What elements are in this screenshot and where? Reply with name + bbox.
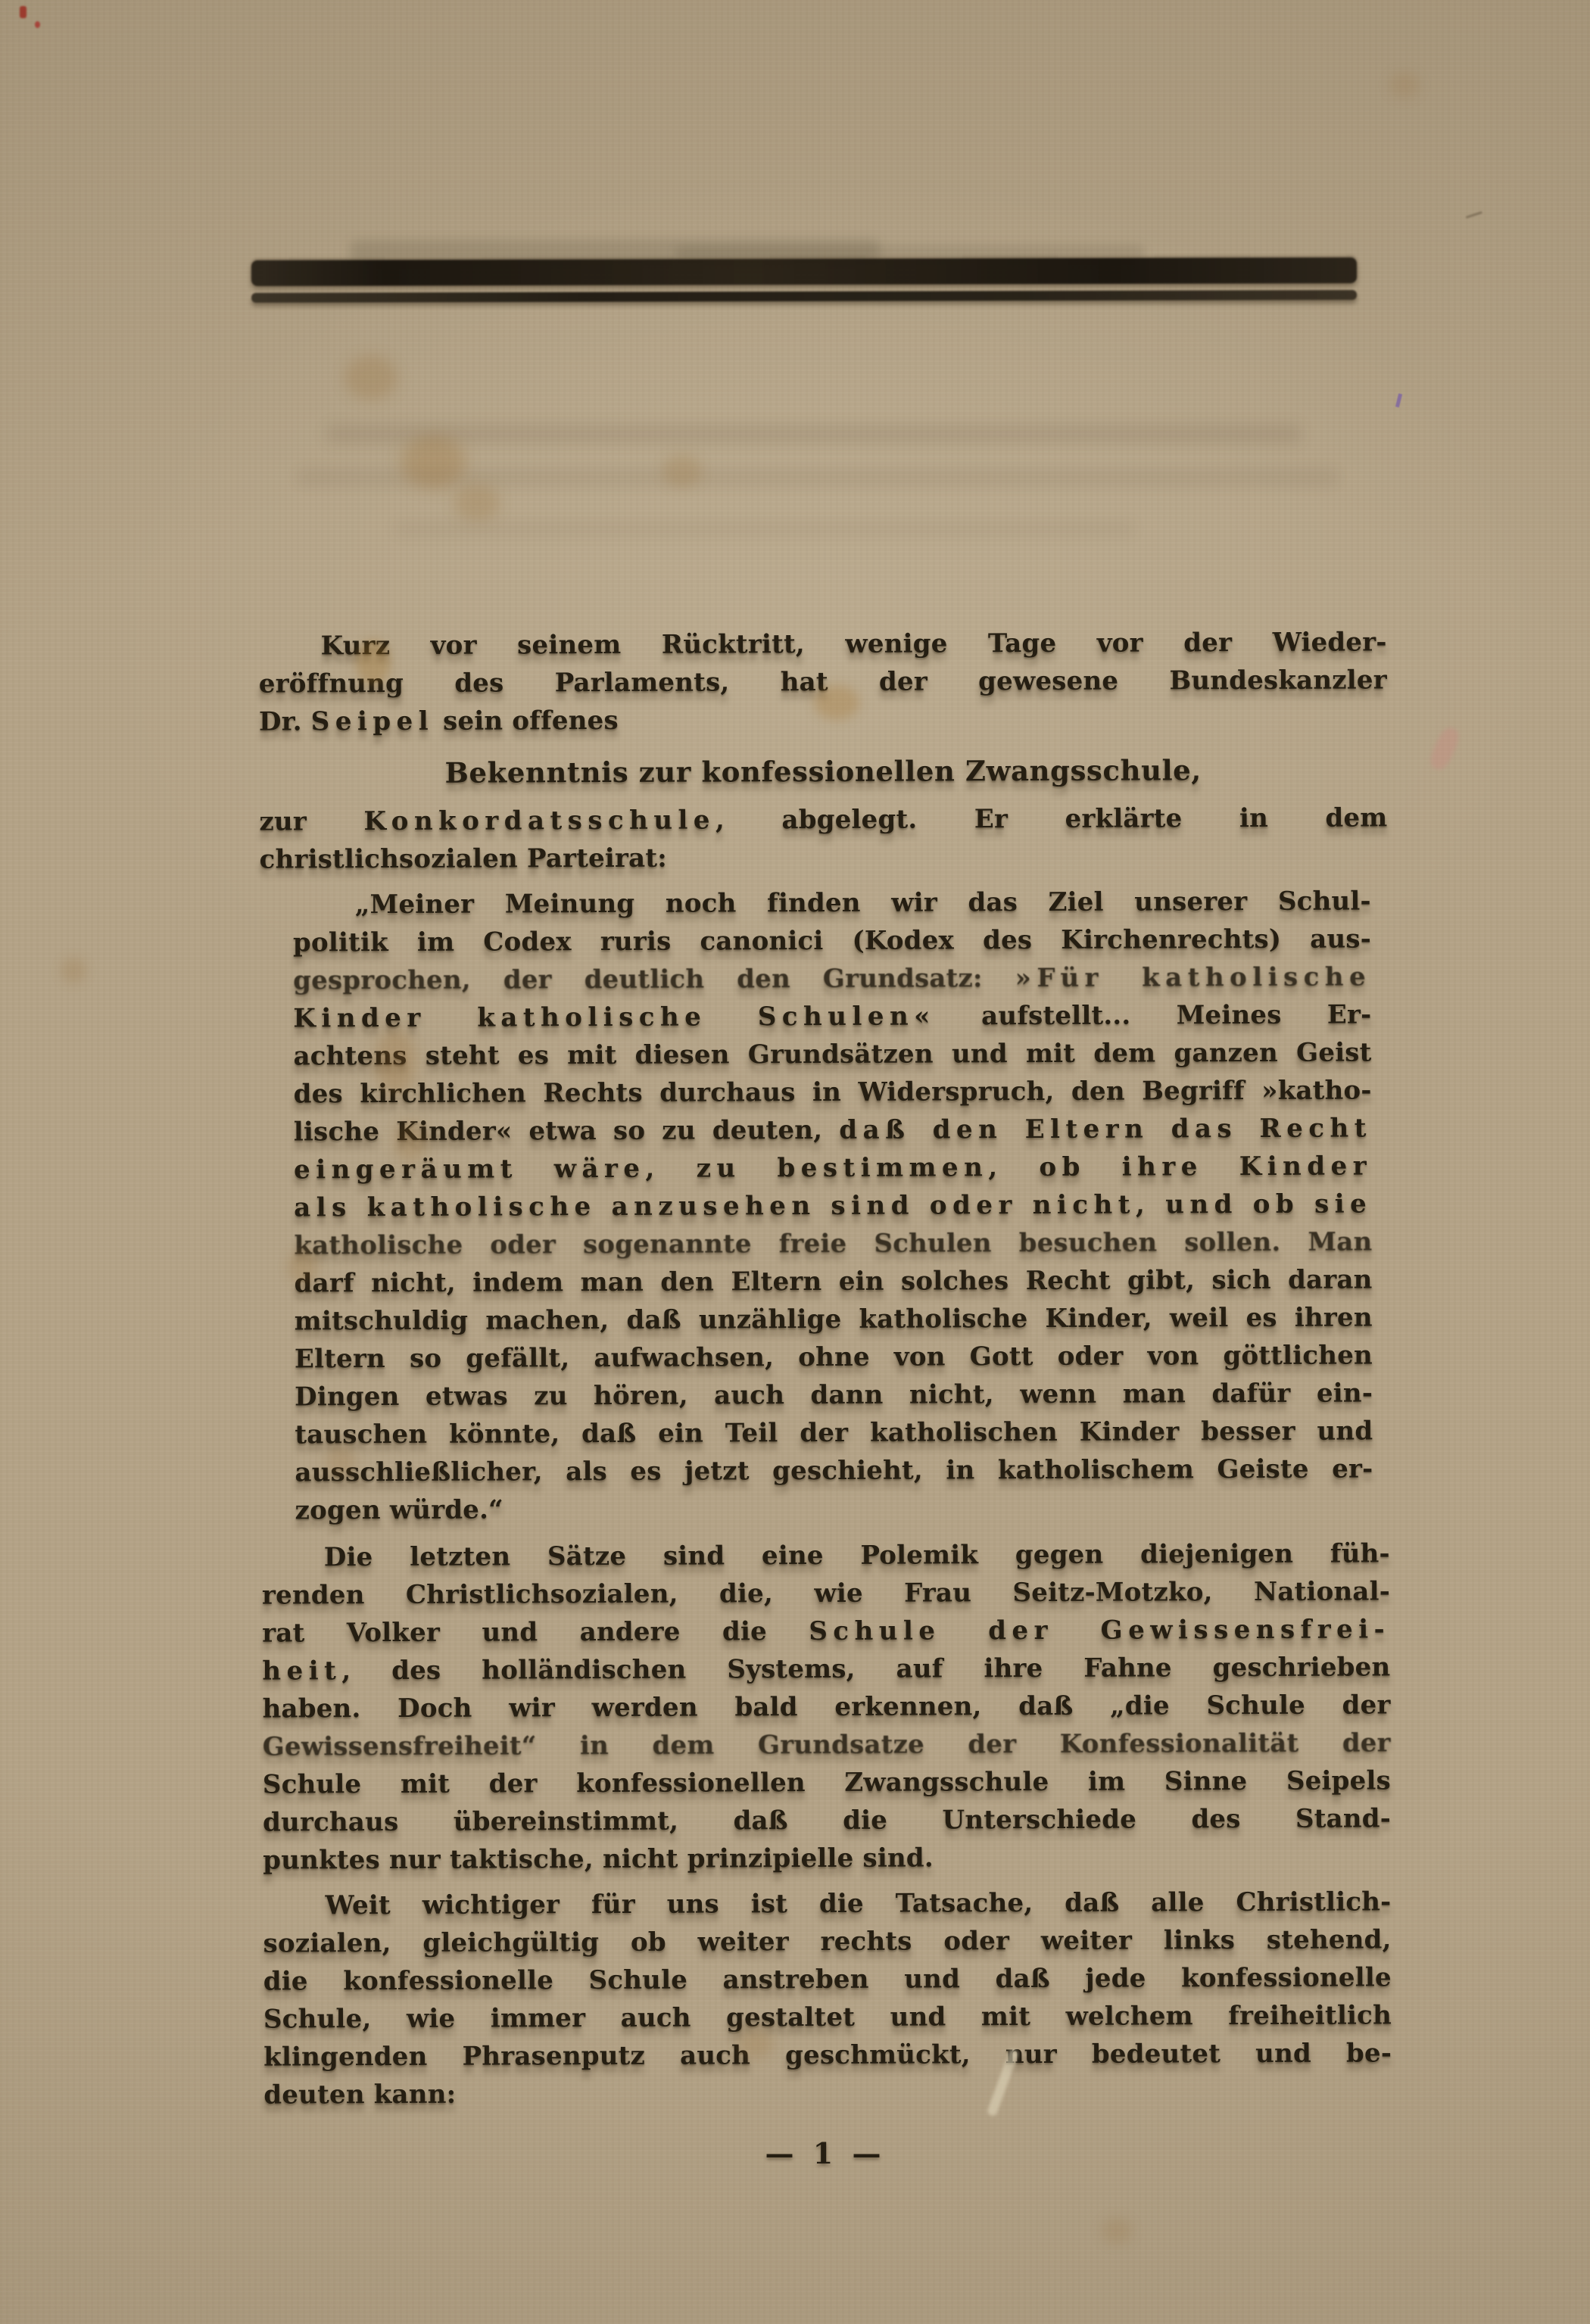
text-line: rat Volker und andere die Schule der Gew… [262, 1610, 1390, 1652]
emphasized-spaced-text: Konkordatsschule [363, 805, 715, 837]
text-line: des kirchlichen Rechts durchaus in Wider… [294, 1071, 1372, 1113]
ink-ghost [326, 424, 1302, 444]
scanned-page: Kurz vor seinem Rücktritt, wenige Tage v… [0, 0, 1590, 2324]
emphasized-spaced-text: Kinder katholische Schulen« [293, 1001, 936, 1033]
text-line: klingenden Phrasenputz auch geschmückt, … [263, 2034, 1392, 2076]
text-line: darf nicht, indem man den Eltern ein sol… [294, 1260, 1372, 1302]
text-line: mitschuldig machen, daß unzählige kathol… [295, 1298, 1373, 1340]
text-line: tauschen könnte, daß ein Teil der kathol… [295, 1412, 1373, 1453]
text-line: Schule mit der konfessionellen Zwangssch… [263, 1762, 1391, 1803]
header-rule-thick [251, 257, 1357, 286]
text-line: ausschließlicher, als es jetzt geschieht… [295, 1450, 1373, 1491]
emphasized-spaced-text: »Für katholische [1015, 961, 1372, 993]
text-line: eröffnung des Parlaments, hat der gewese… [259, 661, 1387, 702]
text-line: die konfessionelle Schule anstreben und … [263, 1958, 1392, 2000]
paper-stain [1389, 72, 1420, 98]
text-line: christlichsozialen Parteirat: [260, 836, 1388, 878]
text-line: heit, des holländischen Systems, auf ihr… [262, 1648, 1390, 1690]
text-line: renden Christlichsozialen, die, wie Frau… [262, 1572, 1390, 1614]
paragraph: Die letzten Sätze sind eine Polemik gege… [262, 1534, 1392, 1879]
header-rule-thin [251, 290, 1357, 303]
text-line: zur Konkordatsschule, abgelegt. Er erklä… [259, 799, 1387, 840]
text-block: Kurz vor seinem Rücktritt, wenige Tage v… [259, 623, 1392, 2121]
text-line: haben. Doch wir werden bald erkennen, da… [262, 1686, 1390, 1727]
ink-ghost [394, 521, 1136, 536]
text-line: Eltern so gefällt, aufwachsen, ohne von … [295, 1336, 1373, 1378]
text-line: eingeräumt wäre, zu bestimmen, ob ihre K… [294, 1147, 1372, 1188]
pink-smudge [1426, 724, 1462, 773]
paragraph: „Meiner Meinung noch finden wir das Ziel… [260, 882, 1390, 1529]
emphasized-spaced-text: als katholische anzusehen sind oder nich… [294, 1188, 1372, 1223]
ink-ghost [295, 468, 1340, 486]
red-speck [35, 21, 40, 28]
text-line: Kurz vor seinem Rücktritt, wenige Tage v… [259, 623, 1387, 665]
text-line: achtens steht es mit diesen Grundsätzen … [293, 1033, 1371, 1075]
text-line: Dr. Seipel sein offenes [259, 699, 1387, 740]
purple-speck [1395, 394, 1402, 408]
paragraph: zur Konkordatsschule, abgelegt. Er erklä… [259, 799, 1387, 878]
text-line: gesprochen, der deutlich den Grundsatz: … [293, 958, 1371, 999]
text-line: Die letzten Sätze sind eine Polemik gege… [262, 1534, 1390, 1576]
text-line: zogen würde.“ [295, 1488, 1373, 1529]
paragraph: Weit wichtiger für uns ist die Tatsache,… [263, 1883, 1392, 2114]
emphasized-spaced-text: eingeräumt wäre, zu bestimmen, ob ihre K… [294, 1151, 1372, 1185]
text-line: als katholische anzusehen sind oder nich… [294, 1185, 1372, 1226]
text-line: punktes nur taktische, nicht prinzipiell… [263, 1837, 1391, 1879]
text-line: sozialen, gleichgültig ob weiter rechts … [263, 1921, 1392, 1962]
emphasized-spaced-text: heit [262, 1656, 341, 1686]
page-number: — 1 — [261, 2136, 1389, 2170]
header-rule [251, 257, 1357, 303]
text-line: durchaus übereinstimmt, daß die Untersch… [263, 1799, 1391, 1841]
text-line: Weit wichtiger für uns ist die Tatsache,… [263, 1883, 1391, 1924]
emphasized-spaced-text: Seipel [311, 706, 434, 737]
emphasized-spaced-text: daß den Eltern das Recht [839, 1113, 1372, 1145]
text-line: Kinder katholische Schulen« aufstellt...… [293, 995, 1371, 1037]
text-line: Gewissensfreiheit“ in dem Grundsatze der… [263, 1724, 1391, 1765]
paragraph: Kurz vor seinem Rücktritt, wenige Tage v… [259, 623, 1388, 740]
text-line: Bekenntnis zur konfessionellen Zwangssch… [259, 750, 1387, 792]
text-line: katholische oder sogenannte freie Schule… [294, 1223, 1372, 1264]
text-line: lische Kinder« etwa so zu deuten, daß de… [294, 1109, 1372, 1151]
paper-stain [344, 356, 397, 400]
text-line: politik im Codex ruris canonici (Kodex d… [293, 920, 1371, 961]
section-heading: Bekenntnis zur konfessionellen Zwangssch… [259, 750, 1387, 792]
paper-stain [454, 484, 500, 521]
pencil-mark [1466, 211, 1486, 229]
emphasized-spaced-text: Schule der Gewissensfrei- [809, 1614, 1390, 1646]
text-line: „Meiner Meinung noch finden wir das Ziel… [293, 882, 1371, 924]
paper-stain [61, 958, 86, 983]
text-line: Dingen etwas zu hören, auch dann nicht, … [295, 1374, 1373, 1416]
text-line: Schule, wie immer auch gestaltet und mit… [263, 1996, 1392, 2038]
paper-stain [1102, 2218, 1132, 2244]
red-speck [20, 6, 26, 18]
text-line: deuten kann: [263, 2072, 1392, 2114]
